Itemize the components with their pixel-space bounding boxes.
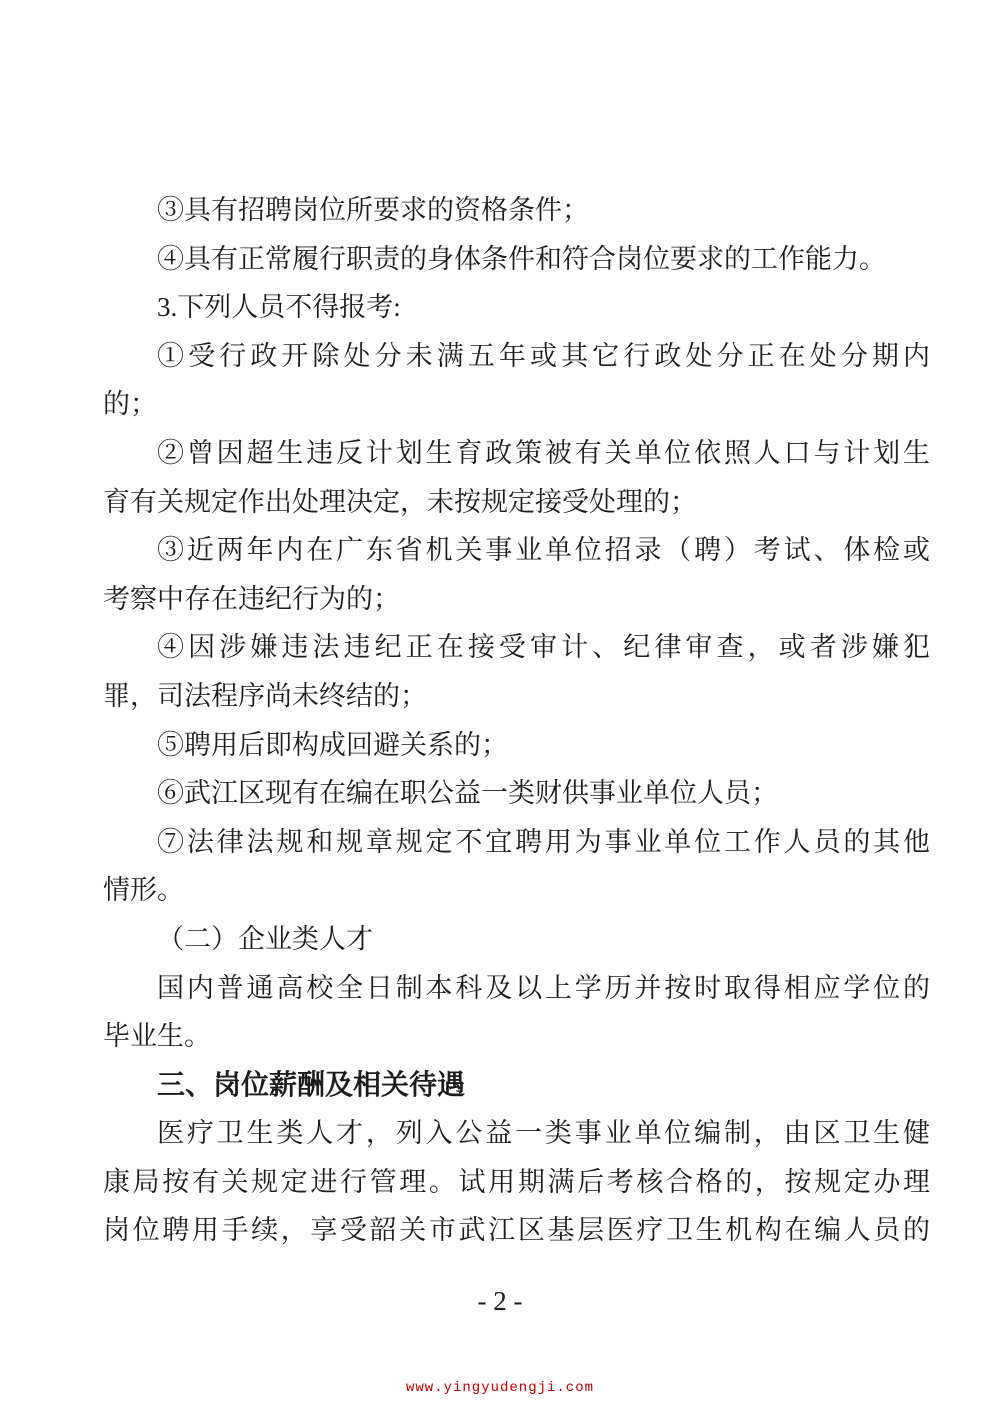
text-line: ④具有正常履行职责的身体条件和符合岗位要求的工作能力。	[103, 235, 930, 284]
text-line: 的；	[103, 380, 930, 429]
text-line: 国内普通高校全日制本科及以上学历并按时取得相应学位的	[103, 964, 930, 1013]
text-line: 毕业生。	[103, 1012, 930, 1061]
text-line: 岗位聘用手续，享受韶关市武江区基层医疗卫生机构在编人员的	[103, 1206, 930, 1255]
text-line: ⑥武江区现有在编在职公益一类财供事业单位人员；	[103, 769, 930, 818]
page-number: - 2 -	[0, 1283, 1000, 1319]
text-line: ①受行政开除处分未满五年或其它行政处分正在处分期内	[103, 332, 930, 381]
text-line: （二）企业类人才	[103, 915, 930, 964]
section-heading: 三、岗位薪酬及相关待遇	[103, 1061, 930, 1110]
text-line: ③具有招聘岗位所要求的资格条件；	[103, 186, 930, 235]
text-line: 医疗卫生类人才，列入公益一类事业单位编制，由区卫生健	[103, 1109, 930, 1158]
text-line: ②曾因超生违反计划生育政策被有关单位依照人口与计划生	[103, 429, 930, 478]
document-page: ③具有招聘岗位所要求的资格条件；④具有正常履行职责的身体条件和符合岗位要求的工作…	[0, 0, 1000, 1414]
text-line: ③近两年内在广东省机关事业单位招录（聘）考试、体检或	[103, 526, 930, 575]
text-line: ⑦法律法规和规章规定不宜聘用为事业单位工作人员的其他	[103, 818, 930, 867]
text-line: 康局按有关规定进行管理。试用期满后考核合格的，按规定办理	[103, 1158, 930, 1207]
text-line: 3.下列人员不得报考:	[103, 283, 930, 332]
text-line: 考察中存在违纪行为的；	[103, 575, 930, 624]
text-line: 罪，司法程序尚未终结的；	[103, 672, 930, 721]
watermark-url: www.yingyudengji.com	[0, 1379, 1000, 1397]
text-line: ④因涉嫌违法违纪正在接受审计、纪律审查，或者涉嫌犯	[103, 623, 930, 672]
text-line: ⑤聘用后即构成回避关系的；	[103, 721, 930, 770]
text-line: 情形。	[103, 866, 930, 915]
document-body: ③具有招聘岗位所要求的资格条件；④具有正常履行职责的身体条件和符合岗位要求的工作…	[103, 186, 930, 1255]
text-line: 育有关规定作出处理决定，未按规定接受处理的；	[103, 478, 930, 527]
